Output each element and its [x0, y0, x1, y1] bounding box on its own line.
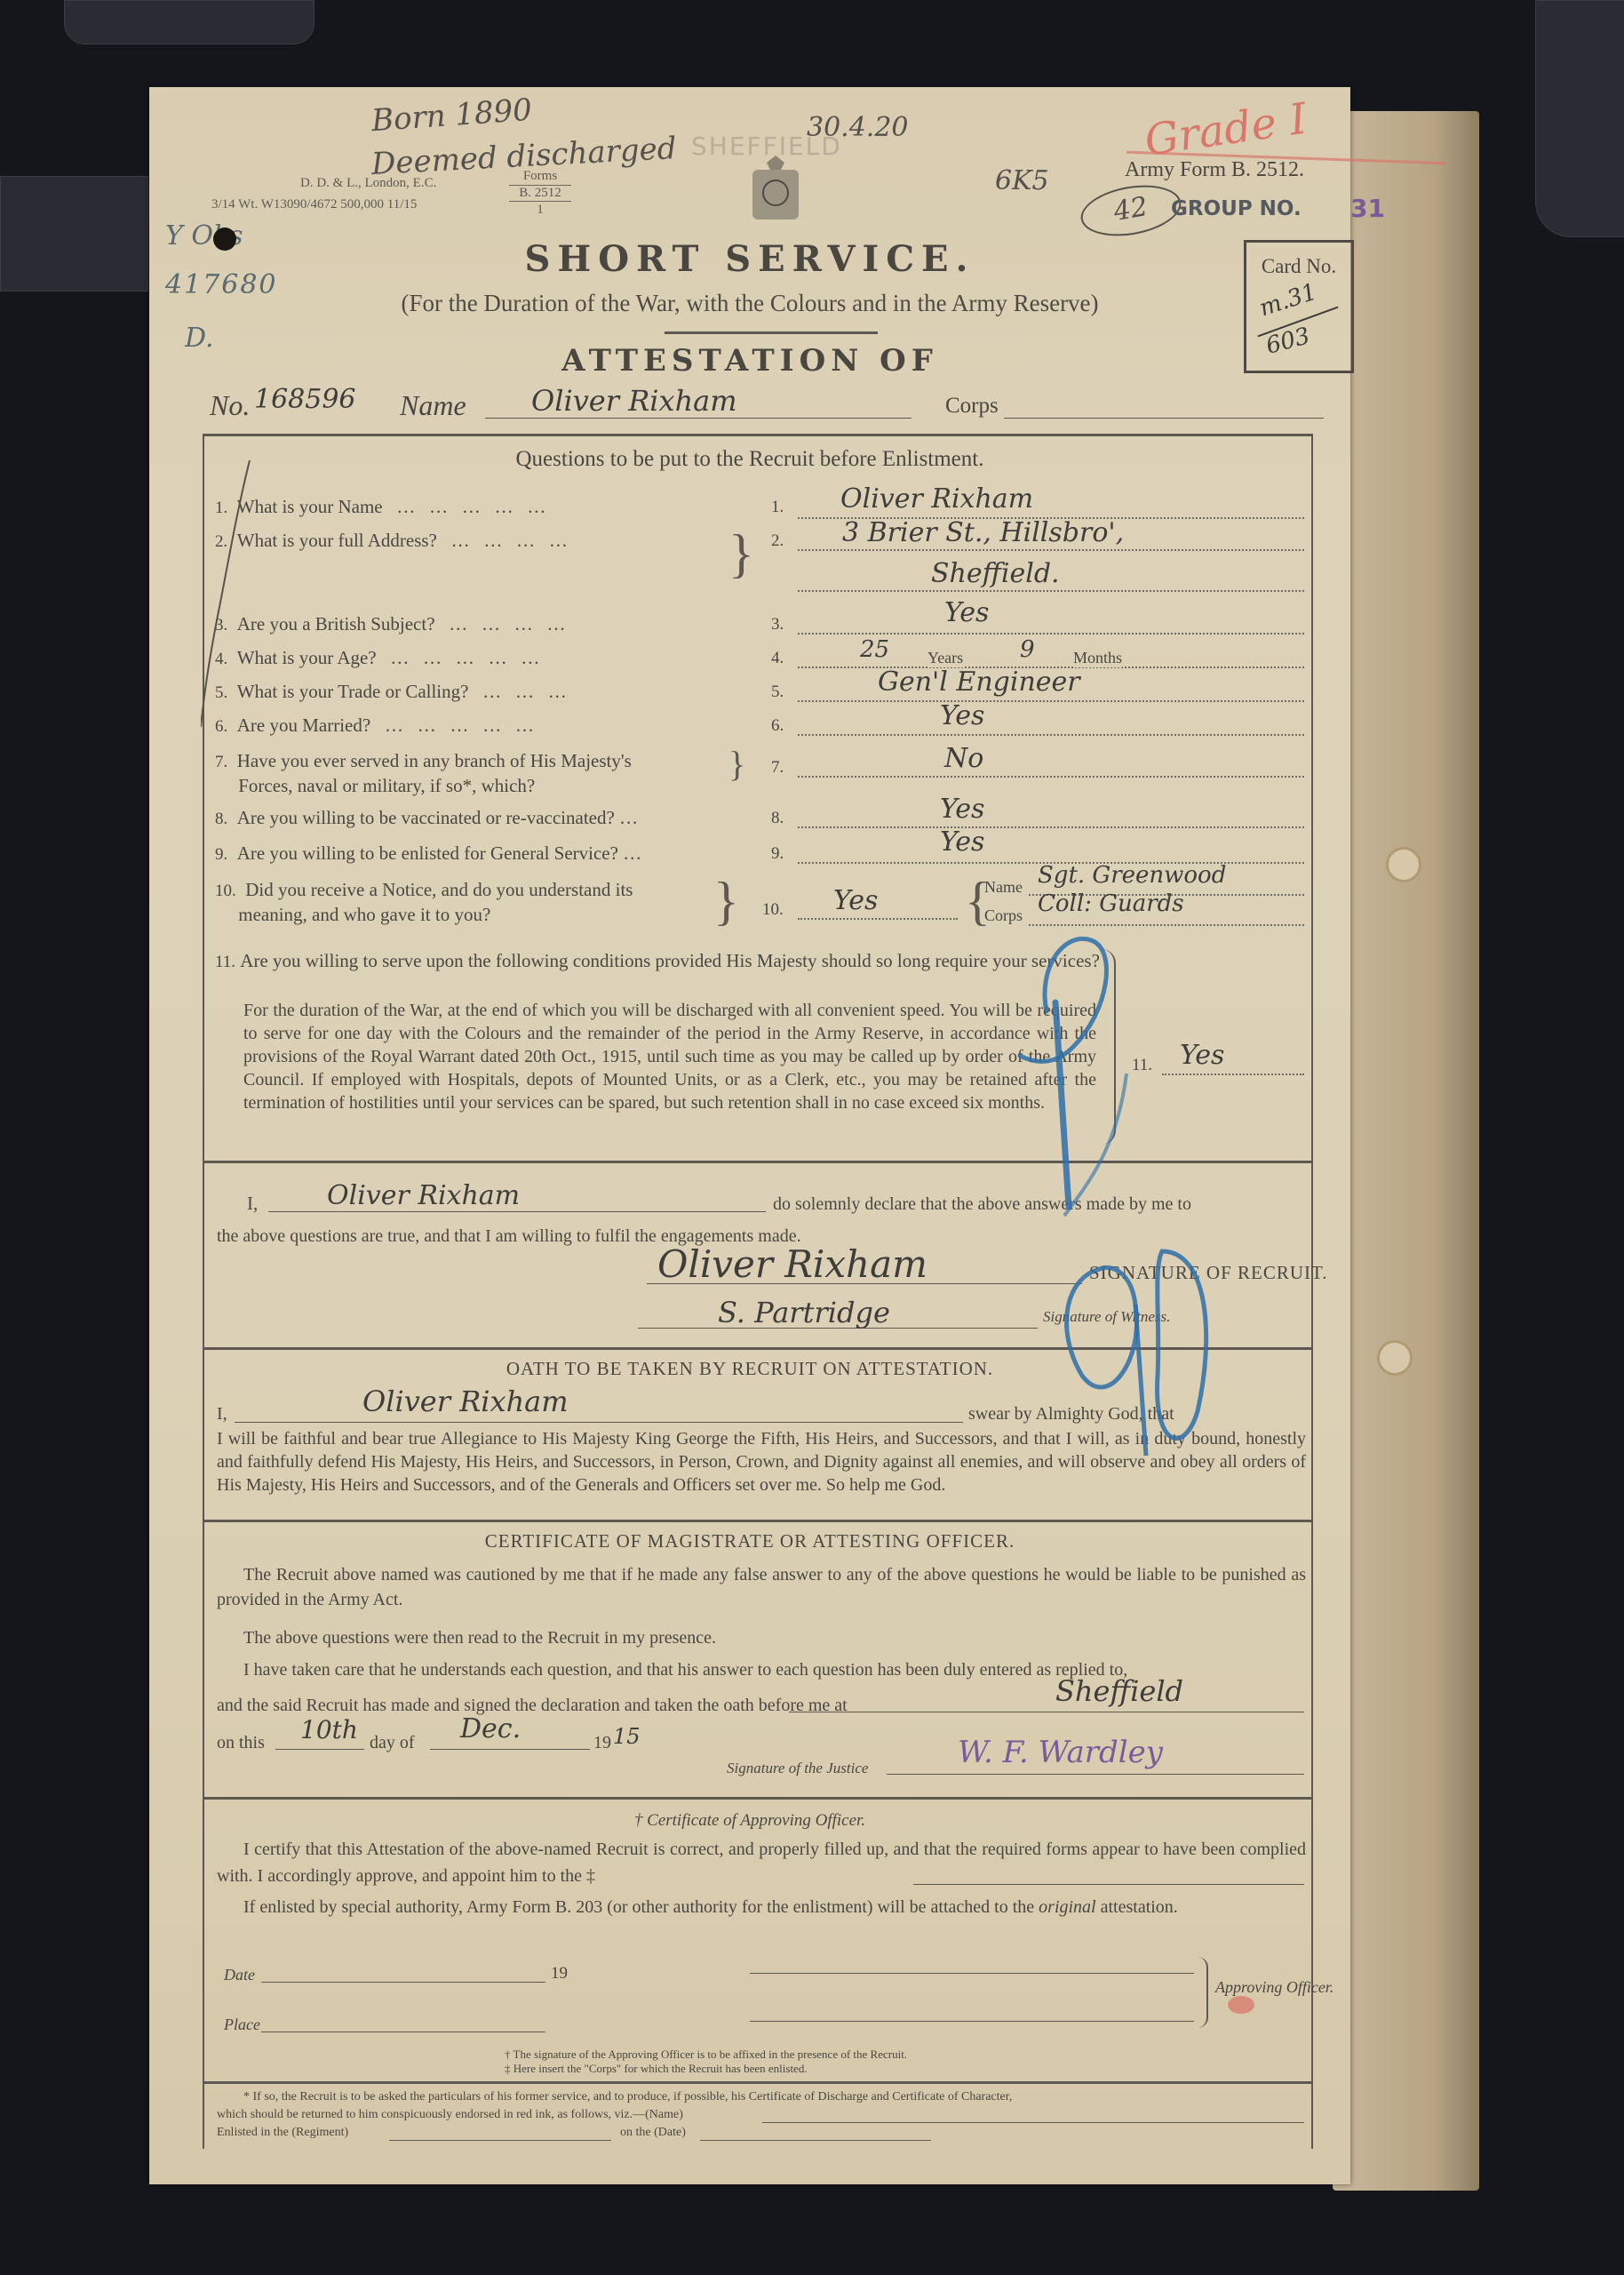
answer-7-line — [798, 776, 1304, 778]
answer-8-num: 8. — [771, 809, 784, 828]
answer-4-num: 4. — [771, 649, 784, 668]
attestation-month: Dec. — [460, 1713, 521, 1744]
declaration-name-line — [268, 1211, 766, 1212]
answer-5-line — [798, 700, 1304, 702]
answer-1-num: 1. — [771, 498, 784, 517]
answer-2-line2: Sheffield. — [931, 558, 1060, 589]
question-7: 7. Have you ever served in any branch of… — [215, 749, 632, 797]
day-of-label: day of — [370, 1731, 415, 1754]
name-label: Name — [400, 389, 466, 422]
army-form-label: Army Form B. 2512. — [1125, 158, 1304, 182]
group-number: 31 — [1350, 194, 1385, 223]
approving-place-line — [261, 2032, 545, 2032]
question-1: 1. What is your Name … … … … … — [215, 496, 545, 518]
answer-2-line — [798, 549, 1304, 551]
answer-8: Yes — [940, 794, 984, 825]
frame-right-rule — [1311, 434, 1313, 2149]
name-value: Oliver Rixham — [531, 384, 737, 418]
questions-heading: Questions to be put to the Recruit befor… — [149, 447, 1350, 472]
form-subtitle: (For the Duration of the War, with the C… — [149, 290, 1350, 317]
paper-stack-edge — [1333, 111, 1479, 2191]
question-4: 4. What is your Age? … … … … … — [215, 647, 539, 669]
form-title: SHORT SERVICE. — [149, 238, 1350, 280]
frame-top-rule — [203, 434, 1313, 436]
witness-signature: S. Partridge — [718, 1296, 890, 1329]
oath-name: Oliver Rixham — [362, 1385, 569, 1418]
brace-q7: } — [728, 746, 745, 782]
question-3: 3. Are you a British Subject? … … … … — [215, 613, 566, 635]
brace-q2: } — [728, 527, 754, 580]
day-line — [275, 1749, 364, 1750]
answer-2: 3 Brier St., Hillsbro', — [842, 517, 1124, 548]
justice-signature-line — [887, 1774, 1304, 1775]
justice-signature: W. F. Wardley — [958, 1735, 1163, 1770]
month-line — [430, 1749, 590, 1750]
footer-line-1: * If so, the Recruit is to be asked the … — [217, 2090, 1306, 2104]
months-label: Months — [1073, 649, 1122, 667]
printer-line-2: 3/14 Wt. W13090/4672 500,000 11/15 — [211, 197, 417, 212]
answer-3-num: 3. — [771, 615, 784, 635]
approving-officer-label: Approving Officer. — [1215, 1978, 1333, 1997]
title-divider — [665, 331, 878, 334]
footer-regiment-line — [389, 2140, 611, 2141]
magistrate-para-2: The above questions were then read to th… — [243, 1626, 716, 1649]
answer-7: No — [944, 743, 983, 774]
approving-top-rule — [203, 1797, 1313, 1800]
question-6: 6. Are you Married? … … … … … — [215, 714, 534, 737]
footnote-double-dagger: ‡ Here insert the "Corps" for which the … — [505, 2062, 808, 2076]
approving-signature-line-1 — [750, 1973, 1194, 1974]
footer-regiment-label: Enlisted in the (Regiment) — [217, 2126, 348, 2140]
footer-line-2: which should be returned to him conspicu… — [217, 2108, 683, 2122]
answer-10: Yes — [833, 885, 878, 916]
footnote-dagger: † The signature of the Approving Officer… — [505, 2047, 907, 2062]
notice-name-label: Name — [984, 878, 1023, 897]
approving-date-label: Date — [224, 1966, 255, 1984]
mount-tab-right — [1535, 0, 1624, 237]
answer-1: Oliver Rixham — [840, 483, 1033, 515]
approving-year-label: 19 — [551, 1964, 568, 1984]
mount-tab-top — [64, 0, 314, 44]
attestation-form-page: D. D. & L., London, E.C. 3/14 Wt. W13090… — [149, 87, 1350, 2184]
forms-sheet: 1 — [513, 203, 567, 218]
attestation-place-line — [789, 1712, 1304, 1712]
footer-date-label: on the (Date) — [620, 2126, 686, 2140]
oath-name-line — [235, 1422, 963, 1423]
answer-6-line — [798, 734, 1304, 736]
annotation-discharge-date: 30.4.20 — [807, 112, 909, 143]
answer-9-num: 9. — [771, 844, 784, 864]
name-line — [485, 418, 912, 419]
answer-3: Yes — [944, 597, 989, 628]
attestation-place: Sheffield — [1055, 1674, 1183, 1708]
attestation-day: 10th — [300, 1715, 358, 1744]
recruit-signature: Oliver Rixham — [657, 1242, 927, 1286]
question-9: 9. Are you willing to be enlisted for Ge… — [215, 842, 641, 865]
footer-date-line — [700, 2140, 931, 2141]
approving-brace — [1198, 1957, 1208, 2028]
answer-5-num: 5. — [771, 682, 784, 702]
answer-4-months: 9 — [1020, 636, 1035, 663]
mount-tab-left — [0, 176, 148, 291]
answer-5: Gen'l Engineer — [878, 667, 1080, 698]
corps-line — [1004, 418, 1324, 419]
appointed-corps-line — [913, 1884, 1304, 1885]
answer-3-line — [798, 633, 1304, 635]
attestation-year: 15 — [613, 1724, 641, 1749]
question-5: 5. What is your Trade or Calling? … … … — [215, 681, 567, 703]
approving-para-2: If enlisted by special authority, Army F… — [217, 1895, 1306, 1920]
binder-ring-1 — [1386, 847, 1421, 882]
binder-ring-2 — [1377, 1340, 1413, 1376]
magistrate-para-4: and the said Recruit has made and signed… — [217, 1694, 848, 1717]
answer-6: Yes — [940, 700, 984, 731]
red-ink-blot — [1228, 1996, 1254, 2014]
approving-signature-line-2 — [750, 2021, 1194, 2022]
on-this-label: on this — [217, 1731, 265, 1754]
answer-2-line-2 — [798, 590, 1304, 592]
footer-top-rule — [203, 2081, 1313, 2084]
annotation-circled-number: 42 — [1077, 179, 1185, 243]
answer-10-num: 10. — [762, 900, 784, 920]
paper-tear — [201, 460, 254, 727]
attestation-heading: ATTESTATION OF — [149, 343, 1350, 379]
approving-heading: † Certificate of Approving Officer. — [149, 1811, 1350, 1831]
answer-8-line — [798, 826, 1304, 828]
magistrate-para-1: The Recruit above named was cautioned by… — [217, 1562, 1306, 1612]
answer-2-num: 2. — [771, 531, 784, 551]
royal-crest-icon — [740, 154, 811, 225]
approving-place-label: Place — [224, 2016, 260, 2034]
answer-9: Yes — [940, 826, 984, 858]
magistrate-heading: CERTIFICATE OF MAGISTRATE OR ATTESTING O… — [149, 1530, 1350, 1553]
answer-6-num: 6. — [771, 716, 784, 736]
no-value: 168596 — [254, 384, 325, 415]
brace-q10: } — [713, 874, 739, 928]
oath-prefix: I, — [217, 1404, 227, 1425]
approving-para-1: I certify that this Attestation of the a… — [217, 1836, 1306, 1889]
group-label: GROUP NO. — [1171, 197, 1302, 220]
blue-pencil-marks: P 90 — [913, 914, 1215, 1465]
question-10: 10. Did you receive a Notice, and do you… — [215, 878, 633, 926]
corps-label: Corps — [945, 394, 999, 419]
answer-4-years: 25 — [860, 636, 889, 663]
footer-name-line — [762, 2122, 1304, 2123]
notice-name-value: Sgt. Greenwood — [1038, 862, 1226, 889]
question-8: 8. Are you willing to be vaccinated or r… — [215, 807, 638, 829]
no-label: No. — [210, 389, 250, 422]
magistrate-top-rule — [203, 1520, 1313, 1522]
declaration-prefix: I, — [247, 1193, 258, 1215]
years-label: Years — [927, 649, 963, 667]
forms-number: B. 2512 — [509, 185, 571, 202]
justice-signature-label: Signature of the Justice — [727, 1760, 868, 1777]
declaration-name: Oliver Rixham — [327, 1180, 520, 1211]
annotation-born: Born 1890 — [370, 92, 533, 140]
approving-date-line — [261, 1982, 545, 1983]
question-2: 2. What is your full Address? … … … … — [215, 530, 568, 552]
annotation-code: 6K5 — [995, 165, 1049, 196]
year-prefix: 19 — [593, 1731, 611, 1754]
answer-7-num: 7. — [771, 758, 784, 778]
